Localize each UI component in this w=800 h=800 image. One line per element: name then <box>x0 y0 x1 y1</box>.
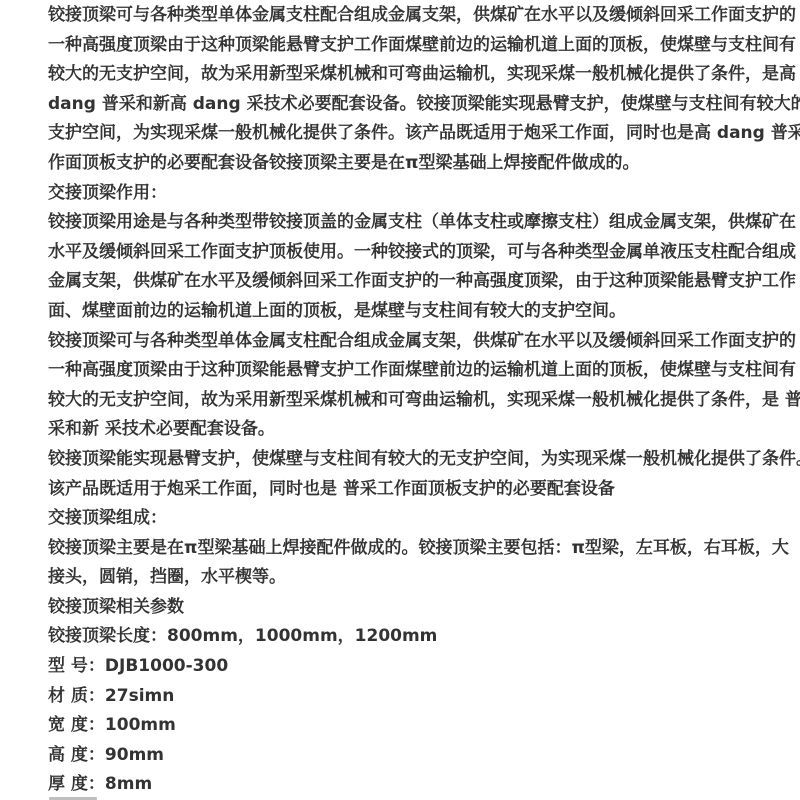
paragraph-line: 作面顶板支护的必要配套设备铰接顶梁主要是在π型梁基础上焊接配件做成的。 <box>0 149 800 179</box>
paragraph-line: 采和新 采技术必要配套设备。 <box>0 415 800 445</box>
paragraph-line: 水平及缓倾斜回采工作面支护顶板使用。一种铰接式的顶梁，可与各种类型金属单液压支柱… <box>0 238 800 268</box>
spec-line: 材 质：27simn <box>0 682 800 712</box>
spec-line: 型 号：DJB1000-300 <box>0 652 800 682</box>
section-heading: 交接顶梁作用： <box>0 179 800 209</box>
spec-line: 铰接顶梁长度：800mm，1000mm，1200mm <box>0 622 800 652</box>
paragraph-line: 面、煤壁面前边的运输机道上面的顶板，是煤壁与支柱间有较大的支护空间。 <box>0 297 800 327</box>
page: { "page": { "background": "#ffffff", "te… <box>0 0 800 800</box>
paragraph-line: 金属支架，供煤矿在水平及缓倾斜回采工作面支护的一种高强度顶梁，由于这种顶梁能悬臂… <box>0 267 800 297</box>
paragraph-line: 较大的无支护空间，故为采用新型采煤机械和可弯曲运输机，实现采煤一般机械化提供了条… <box>0 386 800 416</box>
spec-line: 宽 度：100mm <box>0 711 800 741</box>
paragraph-line: 接头，圆销，挡圈，水平楔等。 <box>0 563 800 593</box>
paragraph-line: 铰接顶梁可与各种类型单体金属支柱配合组成金属支架，供煤矿在水平以及缓倾斜回采工作… <box>0 327 800 357</box>
section-heading: 铰接顶梁相关参数 <box>0 593 800 623</box>
paragraph-line: 支护空间，为实现采煤一般机械化提供了条件。该产品既适用于炮采工作面，同时也是高 … <box>0 119 800 149</box>
paragraph-line: 铰接顶梁用途是与各种类型带铰接顶盖的金属支柱（单体支柱或摩擦支柱）组成金属支架，… <box>0 208 800 238</box>
section-heading: 交接顶梁组成： <box>0 504 800 534</box>
paragraph-line: 一种高强度顶梁由于这种顶梁能悬臂支护工作面煤壁前边的运输机道上面的顶板，使煤壁与… <box>0 31 800 61</box>
paragraph-line: dang 普采和新高 dang 采技术必要配套设备。铰接顶梁能实现悬臂支护，使煤… <box>0 90 800 120</box>
paragraph-line: 该产品既适用于炮采工作面，同时也是 普采工作面顶板支护的必要配套设备 <box>0 475 800 505</box>
paragraph-line: 铰接顶梁主要是在π型梁基础上焊接配件做成的。铰接顶梁主要包括：π型梁，左耳板，右… <box>0 534 800 564</box>
paragraph-line: 铰接顶梁能实现悬臂支护，使煤壁与支柱间有较大的无支护空间，为实现采煤一般机械化提… <box>0 445 800 475</box>
spec-line: 厚 度：8mm <box>0 770 800 800</box>
paragraph-line: 一种高强度顶梁由于这种顶梁能悬臂支护工作面煤壁前边的运输机道上面的顶板，使煤壁与… <box>0 356 800 386</box>
paragraph-line: 较大的无支护空间，故为采用新型采煤机械和可弯曲运输机，实现采煤一般机械化提供了条… <box>0 60 800 90</box>
paragraph-line: 铰接顶梁可与各种类型单体金属支柱配合组成金属支架，供煤矿在水平以及缓倾斜回采工作… <box>0 1 800 31</box>
spec-line: 高 度：90mm <box>0 741 800 771</box>
document-body: 铰接顶梁可与各种类型单体金属支柱配合组成金属支架，供煤矿在水平以及缓倾斜回采工作… <box>0 1 800 800</box>
